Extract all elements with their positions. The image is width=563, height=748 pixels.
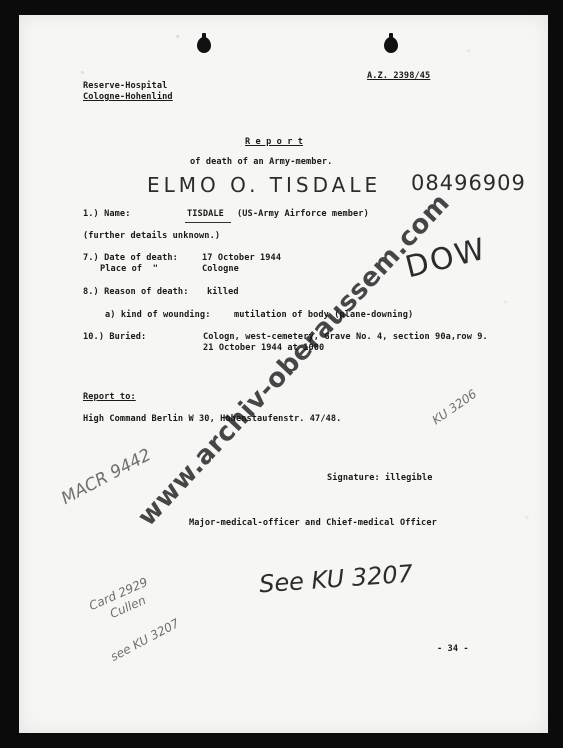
hospital-location: Cologne-Hohenlind [83,92,173,102]
handwritten-name: ELMO O. TISDALE [147,173,381,197]
wound-label: a) kind of wounding: [105,310,210,320]
punch-hole-right [384,37,398,53]
annotation-note-3: see KU 3207 [108,616,181,664]
hospital-name: Reserve-Hospital [83,81,167,91]
reference-number: A.Z. 2398/45 [367,71,430,81]
annotation-see-ref: See KU 3207 [258,560,414,599]
page-number: - 34 - [437,644,469,654]
buried-line-1: Cologn, west-cemetery, Grave No. 4, sect… [203,332,488,342]
name-label: 1.) Name: [83,209,130,219]
signature: Signature: illegible [327,473,432,483]
buried-label: 10.) Buried: [83,332,146,342]
name-note: (US-Army Airforce member) [237,209,369,219]
reason-value: killed [207,287,239,297]
name-value: TISDALE [187,209,224,219]
officer-title: Major-medical-officer and Chief-medical … [189,518,437,528]
annotation-ku-ref: KU 3206 [430,387,480,428]
handwritten-serial: 08496909 [411,171,526,195]
place-label: Place of " [100,264,158,274]
report-title: R e p o r t [245,137,303,147]
place-value: Cologne [202,264,239,274]
punch-hole-left [197,37,211,53]
date-value: 17 October 1944 [202,253,281,263]
date-label: 7.) Date of death: [83,253,178,263]
name-underline [185,222,231,223]
document-page: Reserve-Hospital Cologne-Hohenlind A.Z. … [19,15,548,733]
report-to-value: High Command Berlin W 30, Hohenstaufenst… [83,414,341,424]
report-to-label: Report to: [83,392,136,402]
further-details: (further details unknown.) [83,231,220,241]
annotation-macr: MACR 9442 [58,445,154,509]
reason-label: 8.) Reason of death: [83,287,188,297]
report-subtitle: of death of an Army-member. [190,157,332,167]
